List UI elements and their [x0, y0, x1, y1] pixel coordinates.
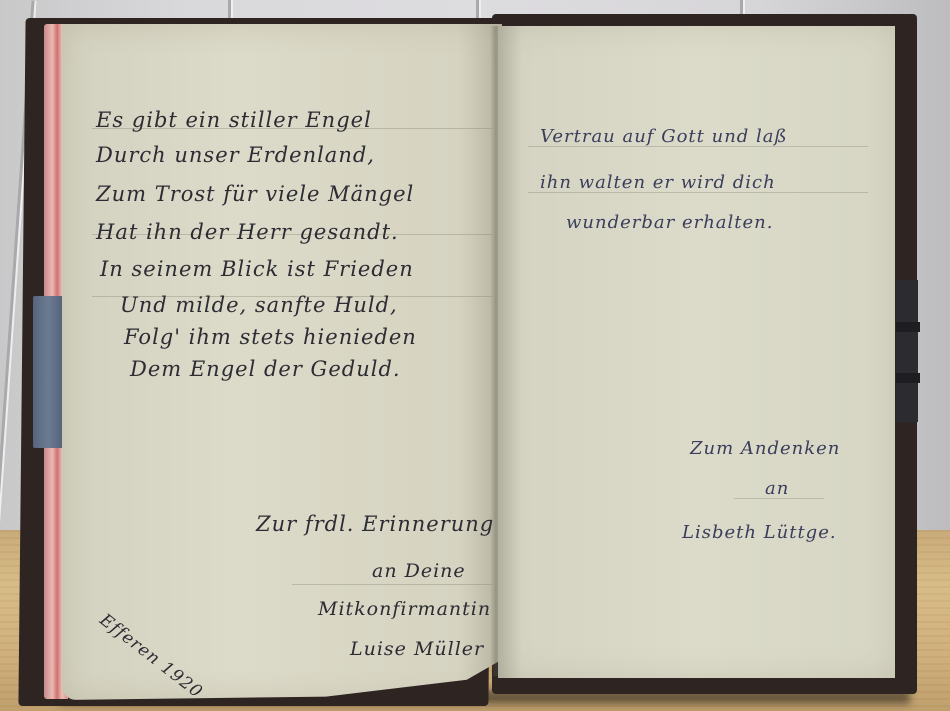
poem-line: Dem Engel der Geduld. — [130, 357, 401, 381]
poem-line: Und milde, sanfte Huld, — [120, 293, 398, 317]
signature: Luise Müller — [350, 638, 484, 660]
dedication-line: Zur frdl. Erinnerung — [256, 512, 494, 536]
right-page — [498, 26, 895, 678]
clasp-tab — [896, 322, 920, 332]
dedication-line: Mitkonfirmantin — [318, 598, 491, 620]
poem-line: Durch unser Erdenland, — [96, 143, 375, 167]
dedication-line: an — [765, 478, 789, 499]
poem-line: Zum Trost für viele Mängel — [96, 182, 414, 206]
verse-line: wunderbar erhalten. — [566, 212, 774, 233]
metal-clasp-left — [33, 296, 63, 448]
dedication-line: an Deine — [372, 560, 466, 582]
poem-line: Es gibt ein stiller Engel — [96, 108, 372, 132]
poem-line: Folg' ihm stets hienieden — [124, 325, 417, 349]
poem-line: In seinem Blick ist Frieden — [100, 257, 414, 281]
poem-line: Hat ihn der Herr gesandt. — [96, 220, 399, 244]
ruled-line — [292, 584, 492, 585]
dedication-line: Zum Andenken — [690, 438, 840, 459]
photo-scene: Es gibt ein stiller Engel Durch unser Er… — [0, 0, 950, 711]
clasp-tab — [896, 373, 920, 383]
metal-clasp-right — [896, 280, 918, 422]
verse-line: ihn walten er wird dich — [540, 172, 776, 193]
signature: Lisbeth Lüttge. — [682, 522, 837, 543]
verse-line: Vertrau auf Gott und laß — [540, 126, 788, 147]
